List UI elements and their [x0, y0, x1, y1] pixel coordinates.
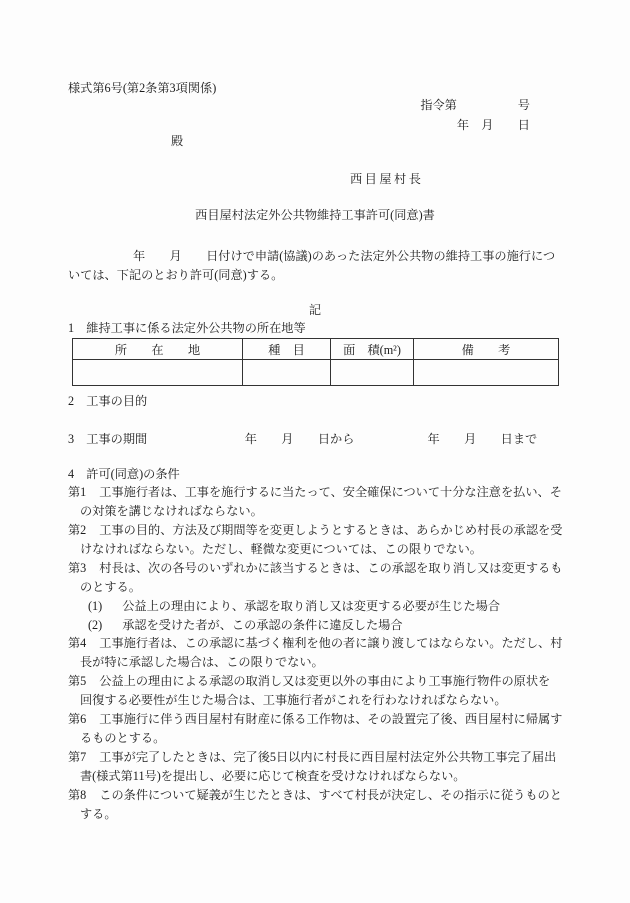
clause-number: 第8 — [68, 786, 86, 805]
condition-clause-1: 第1工事施行者は、工事を施行するに当たって、安全確保について十分な注意を払い、そ… — [68, 483, 562, 521]
addressee-honorific: 殿 — [171, 134, 562, 149]
condition-clause-5: 第5公益上の理由による承認の取消し又は変更以外の事由により工事施行物件の原状を … — [68, 672, 562, 710]
subitem-text: 公益上の理由により、承認を取り消し又は変更する必要が生じた場合 — [122, 599, 500, 613]
clause-number: 第1 — [68, 483, 86, 502]
clause-text: 工事施行者は、工事を施行するに当たって、安全確保について十分な注意を払い、そ — [99, 485, 562, 499]
clause-text: 工事が完了したときは、完了後5日以内に村長に西目屋村法定外公共物工事完了届出 — [99, 750, 556, 764]
section1-heading: 1 維持工事に係る法定外公共物の所在地等 — [68, 321, 562, 336]
condition-clause-2: 第2工事の目的、方法及び期間等を変更しようとするときは、あらかじめ村長の承認を受… — [68, 521, 562, 559]
clause-text: 工事の目的、方法及び期間等を変更しようとするときは、あらかじめ村長の承認を受 — [99, 523, 562, 537]
directive-header: 指令第 号 年 月 日 — [68, 98, 562, 133]
column-header-location: 所 在 地 — [73, 339, 243, 360]
section4-heading: 4 許可(同意)の条件 — [68, 467, 562, 482]
clause-text: 工事施行者は、この承認に基づく権利を他の者に譲り渡してはならない。ただし、村 — [99, 636, 562, 650]
clause-number: 第6 — [68, 710, 86, 729]
intro-line-1: 年 月 日付けで申請(協議)のあった法定外公共物の維持工事の施行につ — [68, 247, 562, 266]
directive-number-line: 指令第 号 — [68, 98, 530, 113]
clause-text-continued: けなければならない。ただし、軽微な変更については、この限りでない。 — [68, 540, 562, 559]
clause-text: 工事施行に伴う西目屋村有財産に係る工作物は、その設置完了後、西目屋村に帰属す — [99, 712, 562, 726]
condition-clause-3: 第3村長は、次の各号のいずれかに該当するときは、この承認を取り消し又は変更するも… — [68, 559, 562, 597]
record-marker: 記 — [68, 303, 562, 318]
clause-number: 第7 — [68, 748, 86, 767]
section3-period-line: 3 工事の期間 年 月 日から 年 月 日まで — [68, 432, 562, 447]
clause-text: この条件について疑義が生じたときは、すべて村長が決定し、その指示に従うものと — [99, 788, 562, 802]
condition-clause-7: 第7工事が完了したときは、完了後5日以内に村長に西目屋村法定外公共物工事完了届出… — [68, 748, 562, 786]
condition-clause-8: 第8この条件について疑義が生じたときは、すべて村長が決定し、その指示に従うものと… — [68, 786, 562, 824]
table-header-row: 所 在 地 種 目 面 積(m²) 備 考 — [73, 339, 559, 360]
column-header-remarks: 備 考 — [414, 339, 559, 360]
cell-area — [331, 360, 414, 386]
clause-text: 公益上の理由による承認の取消し又は変更以外の事由により工事施行物件の原状を — [99, 674, 550, 688]
conditions-list: 第1工事施行者は、工事を施行するに当たって、安全確保について十分な注意を払い、そ… — [68, 483, 562, 823]
condition-subitem-2: (2)承認を受けた者が、この承認の条件に違反した場合 — [88, 616, 562, 635]
condition-subitem-1: (1)公益上の理由により、承認を取り消し又は変更する必要が生じた場合 — [88, 597, 562, 616]
subitem-text: 承認を受けた者が、この承認の条件に違反した場合 — [122, 618, 402, 632]
clause-number: 第2 — [68, 521, 86, 540]
cell-remarks — [414, 360, 559, 386]
clause-text: 村長は、次の各号のいずれかに該当するときは、この承認を取り消し又は変更するも — [99, 561, 562, 575]
clause-text-continued: の対策を講じなければならない。 — [68, 502, 562, 521]
clause-text-continued: 書(様式第11号)を提出し、必要に応じて検査を受けなければならない。 — [68, 767, 562, 786]
condition-clause-6: 第6工事施行に伴う西目屋村有財産に係る工作物は、その設置完了後、西目屋村に帰属す… — [68, 710, 562, 748]
cell-category — [243, 360, 331, 386]
clause-number: 第5 — [68, 672, 86, 691]
clause-text-continued: する。 — [68, 805, 562, 824]
cell-location — [73, 360, 243, 386]
document-page: 様式第6号(第2条第3項関係) 指令第 号 年 月 日 殿 西目屋村長 西目屋村… — [0, 0, 630, 903]
intro-paragraph: 年 月 日付けで申請(協議)のあった法定外公共物の維持工事の施行につ いては、下… — [68, 247, 562, 284]
section2-heading: 2 工事の目的 — [68, 394, 562, 409]
intro-line-2: いては、下記のとおり許可(同意)する。 — [68, 266, 562, 285]
clause-text-continued: のとする。 — [68, 578, 562, 597]
location-table: 所 在 地 種 目 面 積(m²) 備 考 — [72, 338, 559, 386]
column-header-area: 面 積(m²) — [331, 339, 414, 360]
document-title: 西目屋村法定外公共物維持工事許可(同意)書 — [68, 208, 562, 223]
clause-text-continued: 長が特に承認した場合は、この限りでない。 — [68, 653, 562, 672]
condition-clause-4: 第4工事施行者は、この承認に基づく権利を他の者に譲り渡してはならない。ただし、村… — [68, 634, 562, 672]
subitem-number: (1) — [88, 597, 102, 616]
column-header-category: 種 目 — [243, 339, 331, 360]
clause-number: 第4 — [68, 634, 86, 653]
table-row — [73, 360, 559, 386]
clause-text-continued: るものとする。 — [68, 729, 562, 748]
form-number: 様式第6号(第2条第3項関係) — [68, 81, 562, 96]
date-line: 年 月 日 — [68, 118, 530, 133]
clause-number: 第3 — [68, 559, 86, 578]
issuer-title: 西目屋村長 — [350, 172, 562, 187]
subitem-number: (2) — [88, 616, 102, 635]
clause-text-continued: 回復する必要性が生じた場合は、工事施行者がこれを行わなければならない。 — [68, 691, 562, 710]
